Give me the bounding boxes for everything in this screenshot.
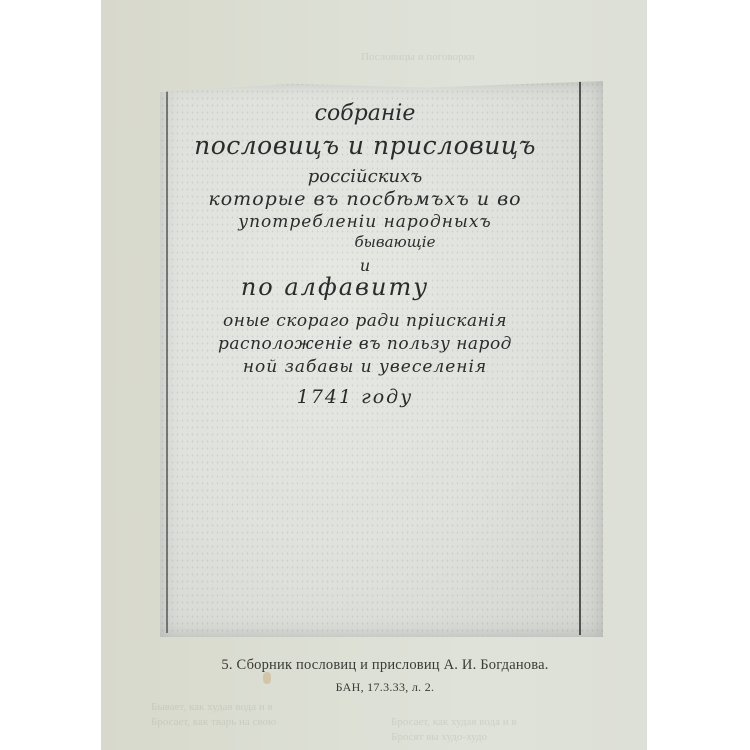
figure-caption: 5. Сборник пословиц и присловиц А. И. Бо…	[150, 657, 620, 674]
manuscript-facsimile: собранiе пословицъ и присловицъ россiйск…	[160, 81, 603, 637]
manuscript-line: ной забавы и увеселенiя	[160, 357, 570, 377]
figure-source-reference: БАН, 17.3.33, л. 2.	[150, 680, 620, 695]
manuscript-line: которые въ посбѣмъхъ и во	[160, 188, 570, 210]
manuscript-line: пословицъ и присловицъ	[160, 131, 570, 160]
manuscript-line: расположенiе въ пользу народ	[160, 334, 570, 354]
manuscript-line: бывающiе	[190, 233, 600, 251]
manuscript-line: 1741 году	[150, 386, 560, 408]
manuscript-line: по алфавиту	[130, 273, 540, 301]
manuscript-line: россiйскихъ	[160, 166, 570, 187]
frame-rule-right	[579, 81, 581, 635]
bleed-through-text: Бросает, как худая вода и в Бросят вы ху…	[391, 715, 517, 745]
bleed-through-text: Бывает, как худая вода и в Бросает, как …	[151, 700, 276, 730]
manuscript-line: употребленiи народныхъ	[160, 212, 570, 232]
bleed-through-text: Пословицы и поговорки	[361, 50, 475, 65]
manuscript-line: оные скораго ради прiисканiя	[160, 311, 570, 331]
manuscript-line: собранiе	[160, 101, 570, 126]
